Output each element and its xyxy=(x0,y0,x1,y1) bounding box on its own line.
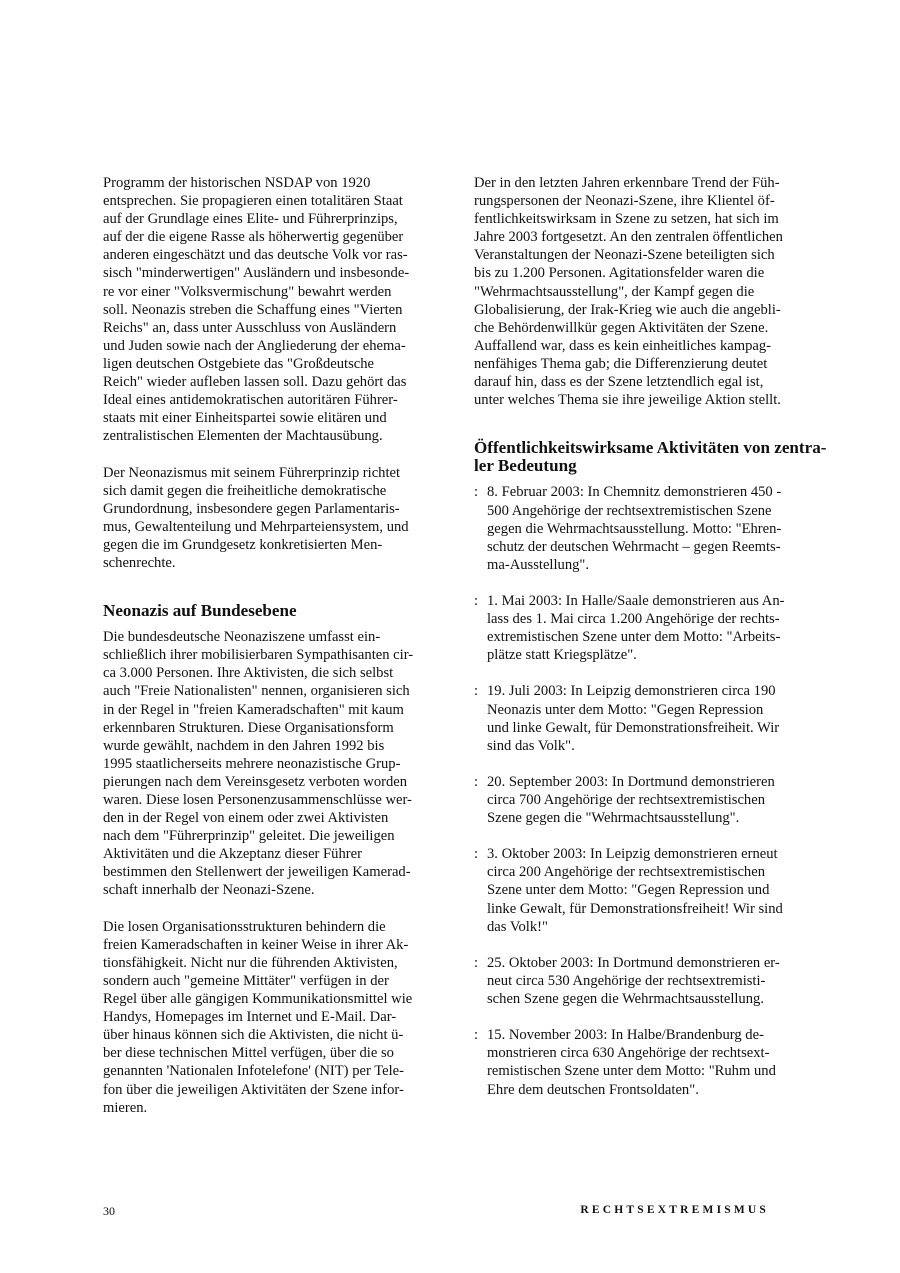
text-line: 500 Angehörige der rechtsextremistischen… xyxy=(487,502,804,520)
text-line: fentlichkeitswirksam in Szene zu setzen,… xyxy=(474,210,804,228)
text-line: erkennbaren Strukturen. Diese Organisati… xyxy=(103,719,423,737)
running-title: RECHTSEXTREMISMUS xyxy=(580,1204,769,1216)
text-line: Aktivitäten und die Akzeptanz dieser Füh… xyxy=(103,845,423,863)
text-line: Reich" wieder aufleben lassen soll. Dazu… xyxy=(103,373,423,391)
paragraph-organisation: Die losen Organisationsstrukturen behind… xyxy=(103,918,423,1117)
text-line: auf der die eigene Rasse als höherwertig… xyxy=(103,228,423,246)
text-line: rungspersonen der Neonazi-Szene, ihre Kl… xyxy=(474,192,804,210)
paragraph-trend: Der in den letzten Jahren erkennbare Tre… xyxy=(474,174,804,409)
event-text: 19. Juli 2003: In Leipzig demonstrieren … xyxy=(487,682,804,754)
text-line: bis zu 1.200 Personen. Agitationsfelder … xyxy=(474,264,804,282)
text-line: den in der Regel von einem oder zwei Akt… xyxy=(103,809,423,827)
paragraph-constitution: Der Neonazismus mit seinem Führerprinzip… xyxy=(103,464,423,573)
text-line: schließlich ihrer mobilisierbaren Sympat… xyxy=(103,646,423,664)
text-line: circa 200 Angehörige der rechtsextremist… xyxy=(487,863,804,881)
text-line: schutz der deutschen Wehrmacht – gegen R… xyxy=(487,538,804,556)
text-line: Öffentlichkeitswirksame Aktivitäten von … xyxy=(474,439,804,457)
text-line: sich damit gegen die freiheitliche demok… xyxy=(103,482,423,500)
paragraph-nsdap-program: Programm der historischen NSDAP von 1920… xyxy=(103,174,423,445)
bullet-colon-icon: : xyxy=(474,845,478,863)
text-line: bestimmen den Stellenwert der jeweiligen… xyxy=(103,863,423,881)
text-line: neut circa 530 Angehörige der rechtsextr… xyxy=(487,972,804,990)
event-list-item: :3. Oktober 2003: In Leipzig demonstrier… xyxy=(474,845,804,935)
text-line: auch "Freie Nationalisten" nennen, organ… xyxy=(103,682,423,700)
text-line: Neonazis unter dem Motto: "Gegen Repress… xyxy=(487,701,804,719)
text-line: pierungen nach dem Vereinsgesetz verbote… xyxy=(103,773,423,791)
text-line: 8. Februar 2003: In Chemnitz demonstrier… xyxy=(487,483,804,501)
text-line: remistischen Szene unter dem Motto: "Ruh… xyxy=(487,1062,804,1080)
text-line: monstrieren circa 630 Angehörige der rec… xyxy=(487,1044,804,1062)
event-list: :8. Februar 2003: In Chemnitz demonstrie… xyxy=(474,483,804,1098)
text-line: Jahre 2003 fortgesetzt. An den zentralen… xyxy=(474,228,804,246)
bullet-colon-icon: : xyxy=(474,1026,478,1044)
text-line: lass des 1. Mai circa 1.200 Angehörige d… xyxy=(487,610,804,628)
text-line: Der in den letzten Jahren erkennbare Tre… xyxy=(474,174,804,192)
text-line: waren. Diese losen Personenzusammenschlü… xyxy=(103,791,423,809)
text-line: wurde gewählt, nachdem in den Jahren 199… xyxy=(103,737,423,755)
bullet-colon-icon: : xyxy=(474,483,478,501)
page-number: 30 xyxy=(103,1204,115,1219)
text-line: anderen eingeschätzt und das deutsche Vo… xyxy=(103,246,423,264)
text-line: re vor einer "Volksvermischung" bewahrt … xyxy=(103,283,423,301)
text-line: auf der Grundlage eines Elite- und Führe… xyxy=(103,210,423,228)
text-line: ber diese technischen Mittel verfügen, ü… xyxy=(103,1044,423,1062)
text-line: staats mit einer Einheitspartei sowie el… xyxy=(103,409,423,427)
event-text: 3. Oktober 2003: In Leipzig demonstriere… xyxy=(487,845,804,935)
bullet-colon-icon: : xyxy=(474,682,478,700)
text-line: 20. September 2003: In Dortmund demonstr… xyxy=(487,773,804,791)
text-line: ler Bedeutung xyxy=(474,457,804,475)
text-line: "Wehrmachtsausstellung", der Kampf gegen… xyxy=(474,283,804,301)
text-line: ligen deutschen Ostgebiete das "Großdeut… xyxy=(103,355,423,373)
text-line: zentralistischen Elementen der Machtausü… xyxy=(103,427,423,445)
text-line: circa 700 Angehörige der rechtsextremist… xyxy=(487,791,804,809)
text-line: Globalisierung, der Irak-Krieg wie auch … xyxy=(474,301,804,319)
text-line: in der Regel in "freien Kameradschaften"… xyxy=(103,701,423,719)
text-line: und linke Gewalt, für Demonstrationsfrei… xyxy=(487,719,804,737)
text-line: Regel über alle gängigen Kommunikationsm… xyxy=(103,990,423,1008)
text-line: mus, Gewaltenteilung und Mehrparteiensys… xyxy=(103,518,423,536)
text-line: ma-Ausstellung". xyxy=(487,556,804,574)
text-line: Handys, Homepages im Internet und E-Mail… xyxy=(103,1008,423,1026)
text-line: Szene unter dem Motto: "Gegen Repression… xyxy=(487,881,804,899)
text-line: extremistischen Szene unter dem Motto: "… xyxy=(487,628,804,646)
event-list-item: :1. Mai 2003: In Halle/Saale demonstrier… xyxy=(474,592,804,664)
bullet-colon-icon: : xyxy=(474,592,478,610)
text-line: tionsfähigkeit. Nicht nur die führenden … xyxy=(103,954,423,972)
text-line: Auffallend war, dass es kein einheitlich… xyxy=(474,337,804,355)
section-heading-activities: Öffentlichkeitswirksame Aktivitäten von … xyxy=(474,439,804,475)
event-text: 20. September 2003: In Dortmund demonstr… xyxy=(487,773,804,827)
paragraph-neonazi-scene: Die bundesdeutsche Neonaziszene umfasst … xyxy=(103,628,423,899)
text-line: Ideal eines antidemokratischen autoritär… xyxy=(103,391,423,409)
bullet-colon-icon: : xyxy=(474,954,478,972)
text-line: 19. Juli 2003: In Leipzig demonstrieren … xyxy=(487,682,804,700)
text-line: genannten 'Nationalen Infotelefone' (NIT… xyxy=(103,1062,423,1080)
text-line: darauf hin, dass es der Szene letztendli… xyxy=(474,373,804,391)
text-line: Grundordnung, insbesondere gegen Parlame… xyxy=(103,500,423,518)
text-line: sondern auch "gemeine Mittäter" verfügen… xyxy=(103,972,423,990)
text-line: linke Gewalt, für Demonstrationsfreiheit… xyxy=(487,900,804,918)
bullet-colon-icon: : xyxy=(474,773,478,791)
text-line: Veranstaltungen der Neonazi-Szene beteil… xyxy=(474,246,804,264)
text-line: Szene gegen die "Wehrmachtsausstellung". xyxy=(487,809,804,827)
text-line: Die losen Organisationsstrukturen behind… xyxy=(103,918,423,936)
event-text: 1. Mai 2003: In Halle/Saale demonstriere… xyxy=(487,592,804,664)
text-line: schaft innerhalb der Neonazi-Szene. xyxy=(103,881,423,899)
text-line: Reichs" an, dass unter Ausschluss von Au… xyxy=(103,319,423,337)
text-line: schenrechte. xyxy=(103,554,423,572)
event-list-item: :19. Juli 2003: In Leipzig demonstrieren… xyxy=(474,682,804,754)
text-line: fon über die jeweiligen Aktivitäten der … xyxy=(103,1081,423,1099)
event-list-item: :20. September 2003: In Dortmund demonst… xyxy=(474,773,804,827)
text-line: entsprechen. Sie propagieren einen total… xyxy=(103,192,423,210)
text-line: freien Kameradschaften in keiner Weise i… xyxy=(103,936,423,954)
text-line: 1. Mai 2003: In Halle/Saale demonstriere… xyxy=(487,592,804,610)
event-text: 8. Februar 2003: In Chemnitz demonstrier… xyxy=(487,483,804,573)
text-line: Die bundesdeutsche Neonaziszene umfasst … xyxy=(103,628,423,646)
section-heading-federal: Neonazis auf Bundesebene xyxy=(103,602,423,620)
event-text: 15. November 2003: In Halbe/Brandenburg … xyxy=(487,1026,804,1098)
text-line: Ehre dem deutschen Frontsoldaten". xyxy=(487,1081,804,1099)
text-line: sisch "minderwertigen" Ausländern und in… xyxy=(103,264,423,282)
text-line: das Volk!" xyxy=(487,918,804,936)
text-line: gegen die Wehrmachtsausstellung. Motto: … xyxy=(487,520,804,538)
text-line: sind das Volk". xyxy=(487,737,804,755)
event-list-item: :15. November 2003: In Halbe/Brandenburg… xyxy=(474,1026,804,1098)
event-list-item: :25. Oktober 2003: In Dortmund demonstri… xyxy=(474,954,804,1008)
text-line: mieren. xyxy=(103,1099,423,1117)
text-line: ca 3.000 Personen. Ihre Aktivisten, die … xyxy=(103,664,423,682)
text-line: plätze statt Kriegsplätze". xyxy=(487,646,804,664)
text-line: 1995 staatlicherseits mehrere neonazisti… xyxy=(103,755,423,773)
text-line: Der Neonazismus mit seinem Führerprinzip… xyxy=(103,464,423,482)
text-line: nach dem "Führerprinzip" geleitet. Die j… xyxy=(103,827,423,845)
event-text: 25. Oktober 2003: In Dortmund demonstrie… xyxy=(487,954,804,1008)
text-line: 3. Oktober 2003: In Leipzig demonstriere… xyxy=(487,845,804,863)
text-line: nenfähiges Thema gab; die Differenzierun… xyxy=(474,355,804,373)
text-line: 25. Oktober 2003: In Dortmund demonstrie… xyxy=(487,954,804,972)
right-column: Der in den letzten Jahren erkennbare Tre… xyxy=(474,174,804,1099)
text-line: und Juden sowie nach der Angliederung de… xyxy=(103,337,423,355)
text-line: 15. November 2003: In Halbe/Brandenburg … xyxy=(487,1026,804,1044)
text-line: unter welches Thema sie ihre jeweilige A… xyxy=(474,391,804,409)
left-column: Programm der historischen NSDAP von 1920… xyxy=(103,174,423,1117)
text-line: über hinaus können sich die Aktivisten, … xyxy=(103,1026,423,1044)
text-line: che Behördenwillkür gegen Aktivitäten de… xyxy=(474,319,804,337)
text-line: soll. Neonazis streben die Schaffung ein… xyxy=(103,301,423,319)
event-list-item: :8. Februar 2003: In Chemnitz demonstrie… xyxy=(474,483,804,573)
text-line: Programm der historischen NSDAP von 1920 xyxy=(103,174,423,192)
text-line: gegen die im Grundgesetz konkretisierten… xyxy=(103,536,423,554)
text-line: schen Szene gegen die Wehrmachtsausstell… xyxy=(487,990,804,1008)
